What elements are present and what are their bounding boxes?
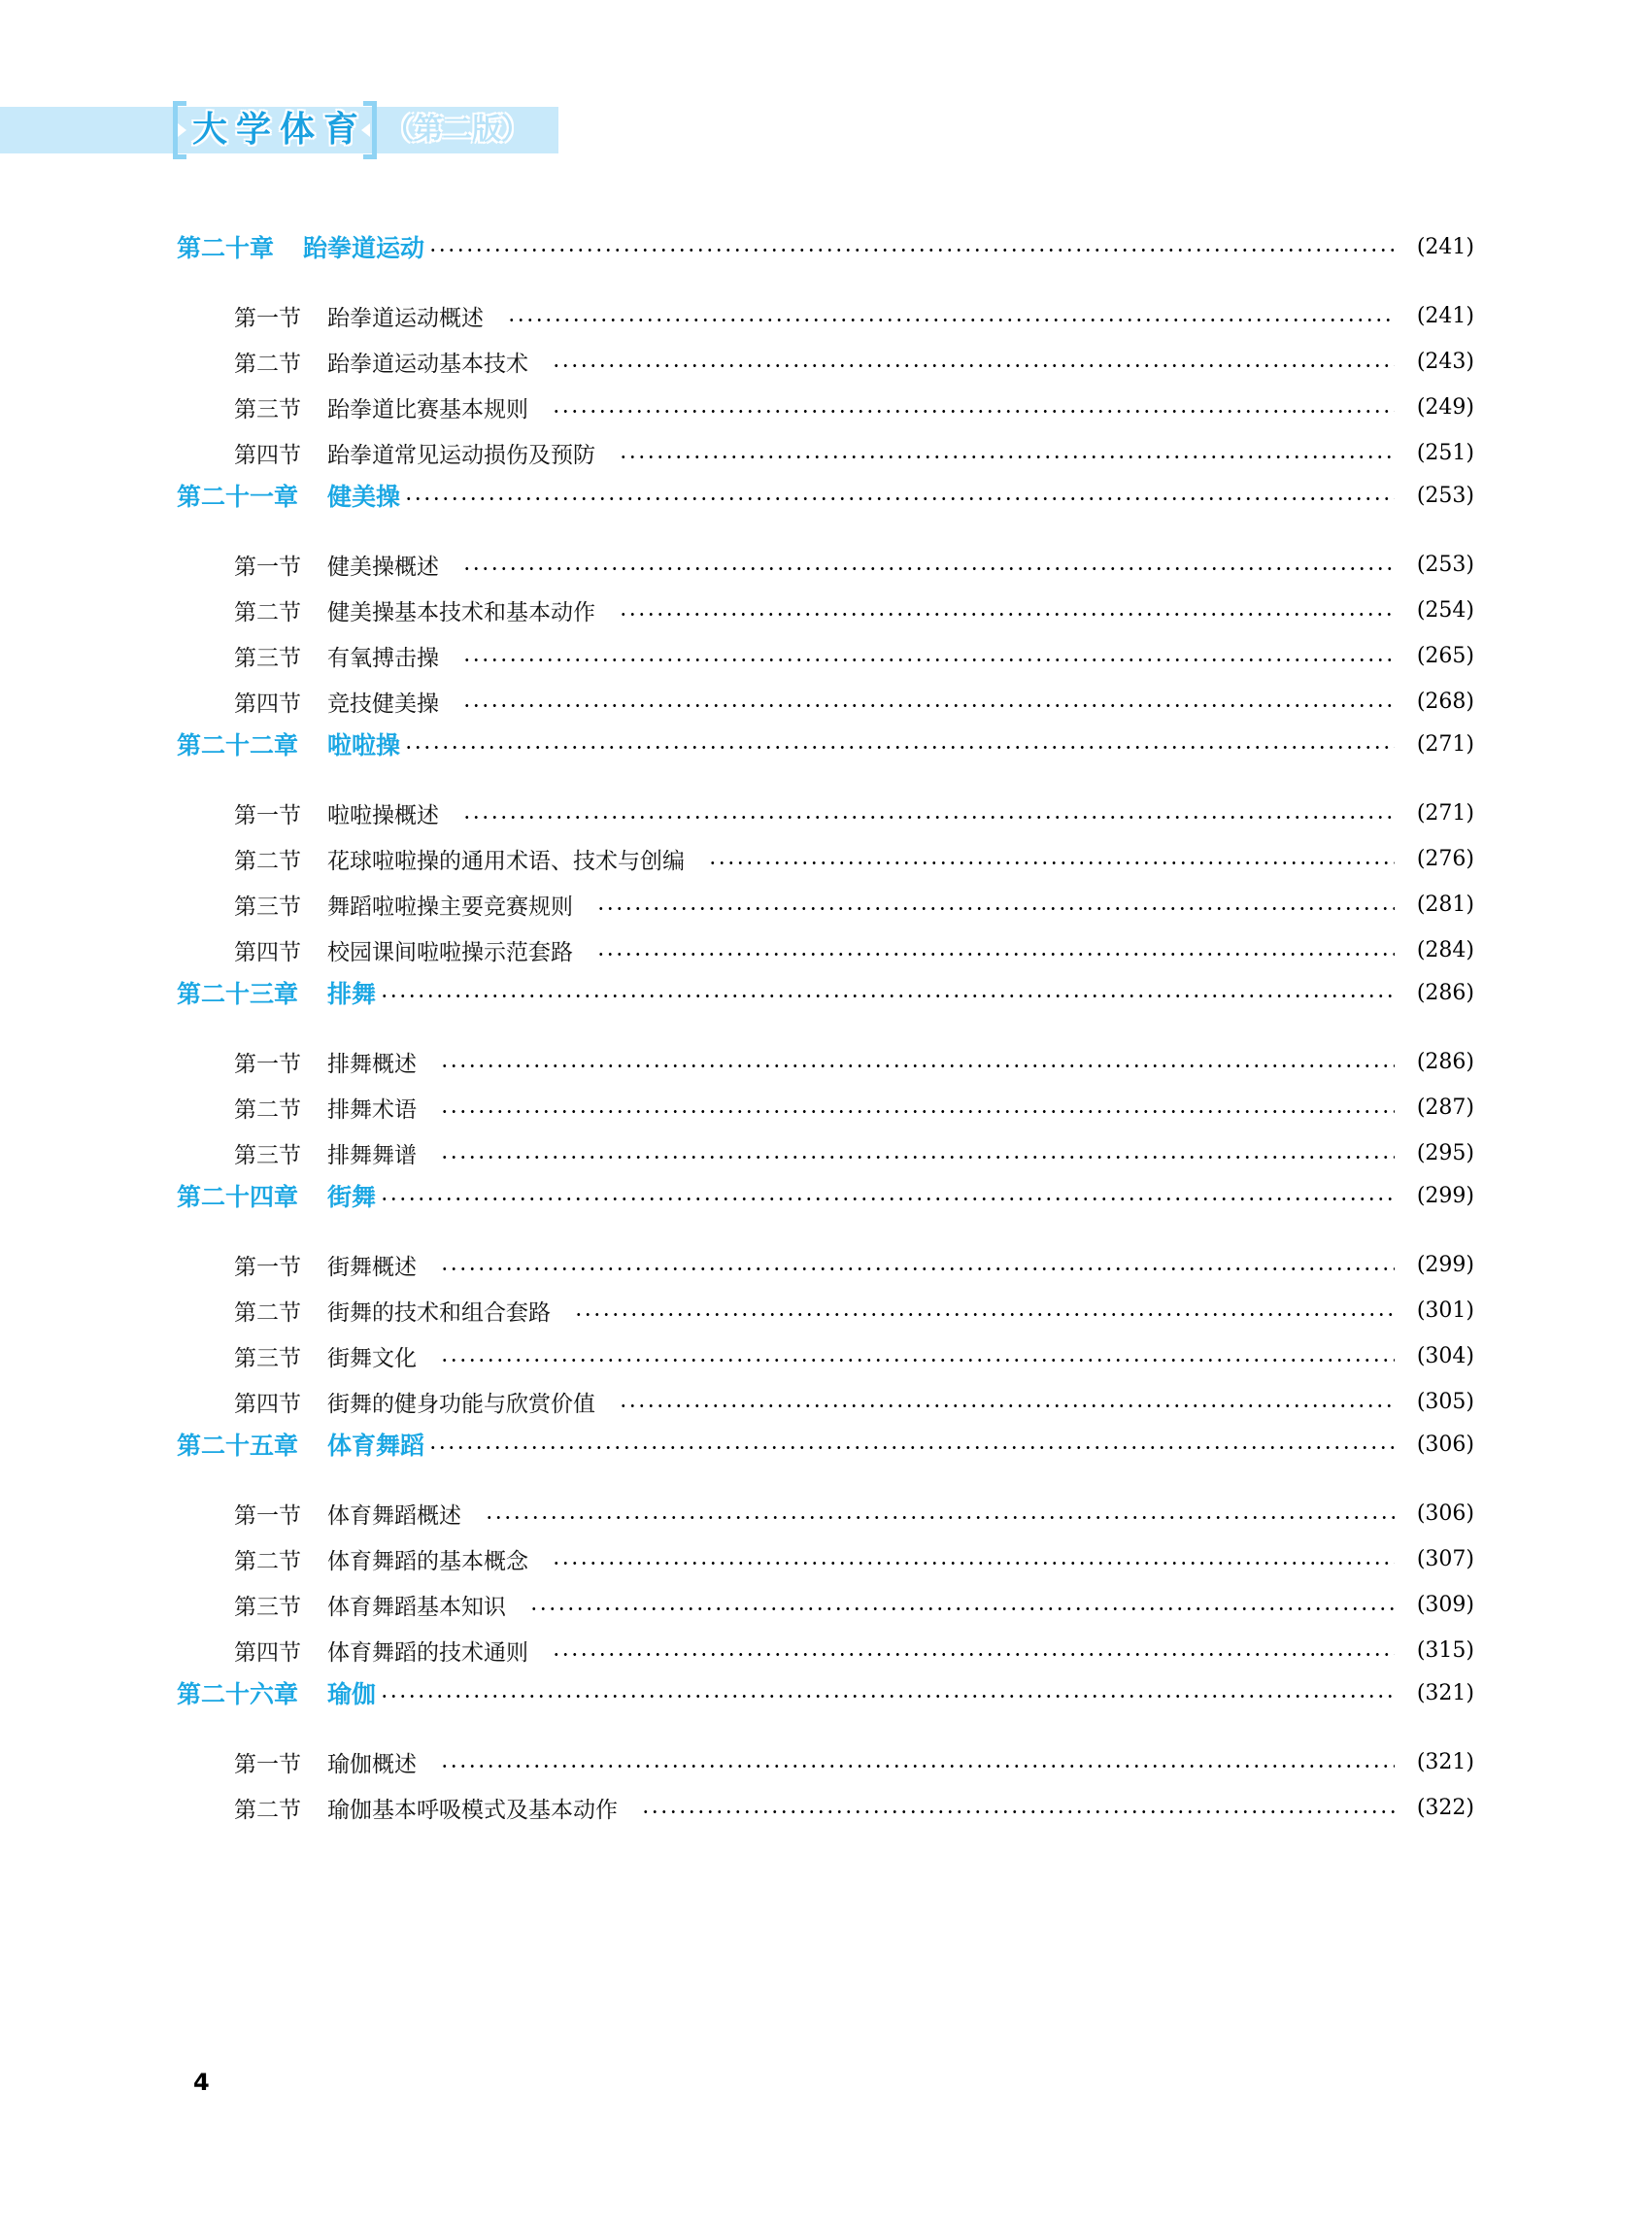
section-entry[interactable]: 第四节跆拳道常见运动损伤及预防(251): [234, 430, 1474, 476]
section-page: (276): [1400, 847, 1474, 871]
section-entry[interactable]: 第二节街舞的技术和组合套路(301): [234, 1288, 1474, 1333]
section-title: 健美操概述: [327, 549, 439, 581]
dot-leader: [440, 1337, 1395, 1376]
section-title: 竞技健美操: [327, 686, 439, 718]
section-title: 排舞概述: [327, 1046, 417, 1078]
dot-leader: [596, 886, 1395, 925]
chapter-page: (299): [1400, 1184, 1474, 1208]
section-entry[interactable]: 第二节健美操基本技术和基本动作(254): [234, 588, 1474, 633]
chapter-page: (286): [1400, 981, 1474, 1005]
section-title: 瑜伽概述: [327, 1746, 417, 1778]
chapter-title: 啦啦操: [327, 726, 400, 761]
chapter-number: 第二十五章: [177, 1427, 298, 1462]
section-page: (306): [1400, 1501, 1474, 1526]
section-page: (243): [1400, 350, 1474, 374]
section-title: 体育舞蹈的技术通则: [327, 1635, 528, 1667]
chapter-page: (271): [1400, 732, 1474, 757]
dot-leader: [380, 1176, 1395, 1215]
section-title: 啦啦操概述: [327, 797, 439, 829]
chapter-title: 体育舞蹈: [327, 1427, 424, 1462]
dot-leader: [708, 840, 1395, 879]
section-number: 第一节: [234, 1249, 301, 1281]
chapter-entry[interactable]: 第二十六章瑜伽(321): [177, 1673, 1474, 1712]
section-number: 第三节: [234, 1589, 301, 1621]
dot-leader: [641, 1789, 1395, 1828]
chapter-number: 第二十一章: [177, 478, 298, 513]
section-title: 跆拳道比赛基本规则: [327, 391, 528, 423]
section-page: (322): [1400, 1796, 1474, 1820]
section-entry[interactable]: 第三节排舞舞谱(295): [234, 1130, 1474, 1176]
section-page: (315): [1400, 1638, 1474, 1663]
section-number: 第三节: [234, 391, 301, 423]
dot-leader: [440, 1043, 1395, 1082]
section-page: (307): [1400, 1547, 1474, 1571]
section-number: 第一节: [234, 1046, 301, 1078]
section-entry[interactable]: 第二节瑜伽基本呼吸模式及基本动作(322): [234, 1785, 1474, 1831]
section-entry[interactable]: 第三节跆拳道比赛基本规则(249): [234, 385, 1474, 430]
section-entry[interactable]: 第一节排舞概述(286): [234, 1039, 1474, 1085]
dot-leader: [462, 683, 1395, 722]
section-number: 第三节: [234, 640, 301, 672]
chapter-block: 第二十五章体育舞蹈(306)第一节体育舞蹈概述(306)第二节体育舞蹈的基本概念…: [177, 1425, 1474, 1673]
chapter-page: (306): [1400, 1433, 1474, 1457]
dot-leader: [507, 297, 1395, 336]
section-number: 第一节: [234, 549, 301, 581]
section-number: 第四节: [234, 686, 301, 718]
chapter-page: (321): [1400, 1681, 1474, 1705]
dot-leader: [529, 1586, 1395, 1625]
chapter-block: 第二十六章瑜伽(321)第一节瑜伽概述(321)第二节瑜伽基本呼吸模式及基本动作…: [177, 1673, 1474, 1831]
section-number: 第三节: [234, 1137, 301, 1169]
section-title: 街舞概述: [327, 1249, 417, 1281]
section-number: 第二节: [234, 1295, 301, 1327]
section-entry[interactable]: 第二节排舞术语(287): [234, 1085, 1474, 1130]
section-entry[interactable]: 第一节啦啦操概述(271): [234, 791, 1474, 836]
chapter-title: 街舞: [327, 1178, 376, 1213]
dot-leader: [552, 343, 1395, 382]
page-number: 4: [193, 2069, 210, 2096]
section-title: 跆拳道常见运动损伤及预防: [327, 437, 595, 469]
section-title: 街舞的健身功能与欣赏价值: [327, 1386, 595, 1418]
section-number: 第二节: [234, 1543, 301, 1575]
section-page: (309): [1400, 1593, 1474, 1617]
section-page: (299): [1400, 1253, 1474, 1277]
section-title: 瑜伽基本呼吸模式及基本动作: [327, 1792, 618, 1824]
section-number: 第一节: [234, 1498, 301, 1530]
chapter-number: 第二十六章: [177, 1675, 298, 1710]
chapter-number: 第二十三章: [177, 975, 298, 1010]
section-page: (287): [1400, 1096, 1474, 1120]
section-entry[interactable]: 第四节街舞的健身功能与欣赏价值(305): [234, 1379, 1474, 1425]
section-list: 第一节瑜伽概述(321)第二节瑜伽基本呼吸模式及基本动作(322): [177, 1739, 1474, 1831]
dot-leader: [485, 1495, 1395, 1534]
dot-leader: [552, 1632, 1395, 1670]
section-list: 第一节体育舞蹈概述(306)第二节体育舞蹈的基本概念(307)第三节体育舞蹈基本…: [177, 1491, 1474, 1673]
dot-leader: [619, 1383, 1395, 1422]
dot-leader: [440, 1246, 1395, 1285]
section-entry[interactable]: 第三节街舞文化(304): [234, 1333, 1474, 1379]
book-edition: （第二版）: [385, 105, 530, 155]
chapter-number: 第二十二章: [177, 726, 298, 761]
section-entry[interactable]: 第四节竞技健美操(268): [234, 679, 1474, 725]
chapter-title: 跆拳道运动: [303, 229, 424, 264]
section-title: 有氧搏击操: [327, 640, 439, 672]
dot-leader: [440, 1743, 1395, 1782]
section-title: 舞蹈啦啦操主要竞赛规则: [327, 889, 573, 921]
section-entry[interactable]: 第一节瑜伽概述(321): [234, 1739, 1474, 1785]
section-number: 第一节: [234, 300, 301, 332]
chapter-block: 第二十一章健美操(253)第一节健美操概述(253)第二节健美操基本技术和基本动…: [177, 476, 1474, 725]
chapter-block: 第二十三章排舞(286)第一节排舞概述(286)第二节排舞术语(287)第三节排…: [177, 973, 1474, 1176]
section-entry[interactable]: 第一节体育舞蹈概述(306): [234, 1491, 1474, 1536]
section-number: 第四节: [234, 1386, 301, 1418]
section-number: 第四节: [234, 1635, 301, 1667]
book-title: 大学体育: [192, 105, 367, 155]
chapter-entry[interactable]: 第二十二章啦啦操(271): [177, 725, 1474, 763]
section-page: (241): [1400, 304, 1474, 328]
section-number: 第二节: [234, 594, 301, 626]
bracket-arrow-left-icon: [178, 123, 186, 137]
section-entry[interactable]: 第一节跆拳道运动概述(241): [234, 293, 1474, 339]
chapter-block: 第二十章跆拳道运动(241)第一节跆拳道运动概述(241)第二节跆拳道运动基本技…: [177, 227, 1474, 476]
section-page: (304): [1400, 1344, 1474, 1368]
dot-leader: [440, 1134, 1395, 1173]
section-title: 校园课间啦啦操示范套路: [327, 934, 573, 966]
dot-leader: [596, 931, 1395, 970]
section-title: 体育舞蹈的基本概念: [327, 1543, 528, 1575]
section-page: (254): [1400, 598, 1474, 623]
section-number: 第二节: [234, 346, 301, 378]
chapter-page: (253): [1400, 484, 1474, 508]
dot-leader: [440, 1089, 1395, 1128]
section-title: 街舞文化: [327, 1340, 417, 1372]
section-list: 第一节健美操概述(253)第二节健美操基本技术和基本动作(254)第三节有氧搏击…: [177, 542, 1474, 725]
section-title: 街舞的技术和组合套路: [327, 1295, 551, 1327]
section-page: (286): [1400, 1050, 1474, 1074]
chapter-entry[interactable]: 第二十一章健美操(253): [177, 476, 1474, 515]
dot-leader: [552, 388, 1395, 427]
section-number: 第三节: [234, 889, 301, 921]
section-entry[interactable]: 第四节校园课间啦啦操示范套路(284): [234, 927, 1474, 973]
section-entry[interactable]: 第二节花球啦啦操的通用术语、技术与创编(276): [234, 836, 1474, 882]
section-page: (305): [1400, 1390, 1474, 1414]
dot-leader: [462, 794, 1395, 833]
section-entry[interactable]: 第一节街舞概述(299): [234, 1242, 1474, 1288]
dot-leader: [428, 1425, 1395, 1464]
section-list: 第一节街舞概述(299)第二节街舞的技术和组合套路(301)第三节街舞文化(30…: [177, 1242, 1474, 1425]
section-number: 第三节: [234, 1340, 301, 1372]
section-list: 第一节啦啦操概述(271)第二节花球啦啦操的通用术语、技术与创编(276)第三节…: [177, 791, 1474, 973]
section-title: 跆拳道运动概述: [327, 300, 484, 332]
section-number: 第二节: [234, 1792, 301, 1824]
dot-leader: [428, 227, 1395, 266]
dot-leader: [619, 434, 1395, 473]
chapter-block: 第二十四章街舞(299)第一节街舞概述(299)第二节街舞的技术和组合套路(30…: [177, 1176, 1474, 1425]
dot-leader: [619, 591, 1395, 630]
section-number: 第二节: [234, 1092, 301, 1124]
section-entry[interactable]: 第二节体育舞蹈的基本概念(307): [234, 1536, 1474, 1582]
chapter-entry[interactable]: 第二十章跆拳道运动(241): [177, 227, 1474, 266]
section-page: (251): [1400, 441, 1474, 465]
dot-leader: [462, 637, 1395, 676]
dot-leader: [574, 1292, 1395, 1331]
section-number: 第一节: [234, 1746, 301, 1778]
section-number: 第二节: [234, 843, 301, 875]
dot-leader: [404, 476, 1395, 515]
section-page: (268): [1400, 690, 1474, 714]
chapter-number: 第二十章: [177, 229, 274, 264]
section-entry[interactable]: 第二节跆拳道运动基本技术(243): [234, 339, 1474, 385]
chapter-entry[interactable]: 第二十三章排舞(286): [177, 973, 1474, 1012]
dot-leader: [380, 973, 1395, 1012]
section-page: (249): [1400, 395, 1474, 420]
section-number: 第四节: [234, 934, 301, 966]
chapter-page: (241): [1400, 235, 1474, 259]
section-title: 健美操基本技术和基本动作: [327, 594, 595, 626]
section-entry[interactable]: 第三节舞蹈啦啦操主要竞赛规则(281): [234, 882, 1474, 927]
section-list: 第一节跆拳道运动概述(241)第二节跆拳道运动基本技术(243)第三节跆拳道比赛…: [177, 293, 1474, 476]
section-page: (284): [1400, 938, 1474, 962]
dot-leader: [462, 546, 1395, 585]
section-page: (253): [1400, 553, 1474, 577]
dot-leader: [552, 1540, 1395, 1579]
section-title: 跆拳道运动基本技术: [327, 346, 528, 378]
section-number: 第一节: [234, 797, 301, 829]
section-page: (295): [1400, 1141, 1474, 1165]
section-page: (265): [1400, 644, 1474, 668]
chapter-entry[interactable]: 第二十四章街舞(299): [177, 1176, 1474, 1215]
section-list: 第一节排舞概述(286)第二节排舞术语(287)第三节排舞舞谱(295): [177, 1039, 1474, 1176]
section-title: 体育舞蹈概述: [327, 1498, 461, 1530]
section-entry[interactable]: 第三节有氧搏击操(265): [234, 633, 1474, 679]
section-page: (271): [1400, 801, 1474, 826]
chapter-block: 第二十二章啦啦操(271)第一节啦啦操概述(271)第二节花球啦啦操的通用术语、…: [177, 725, 1474, 973]
section-title: 花球啦啦操的通用术语、技术与创编: [327, 843, 685, 875]
section-entry[interactable]: 第一节健美操概述(253): [234, 542, 1474, 588]
section-page: (321): [1400, 1750, 1474, 1774]
section-entry[interactable]: 第四节体育舞蹈的技术通则(315): [234, 1628, 1474, 1673]
chapter-number: 第二十四章: [177, 1178, 298, 1213]
dot-leader: [404, 725, 1395, 763]
section-title: 排舞术语: [327, 1092, 417, 1124]
section-page: (301): [1400, 1298, 1474, 1323]
table-of-contents: 第二十章跆拳道运动(241)第一节跆拳道运动概述(241)第二节跆拳道运动基本技…: [177, 227, 1474, 1831]
chapter-title: 排舞: [327, 975, 376, 1010]
section-title: 体育舞蹈基本知识: [327, 1589, 506, 1621]
chapter-title: 健美操: [327, 478, 400, 513]
section-entry[interactable]: 第三节体育舞蹈基本知识(309): [234, 1582, 1474, 1628]
chapter-title: 瑜伽: [327, 1675, 376, 1710]
dot-leader: [380, 1673, 1395, 1712]
section-title: 排舞舞谱: [327, 1137, 417, 1169]
section-number: 第四节: [234, 437, 301, 469]
section-page: (281): [1400, 893, 1474, 917]
chapter-entry[interactable]: 第二十五章体育舞蹈(306): [177, 1425, 1474, 1464]
